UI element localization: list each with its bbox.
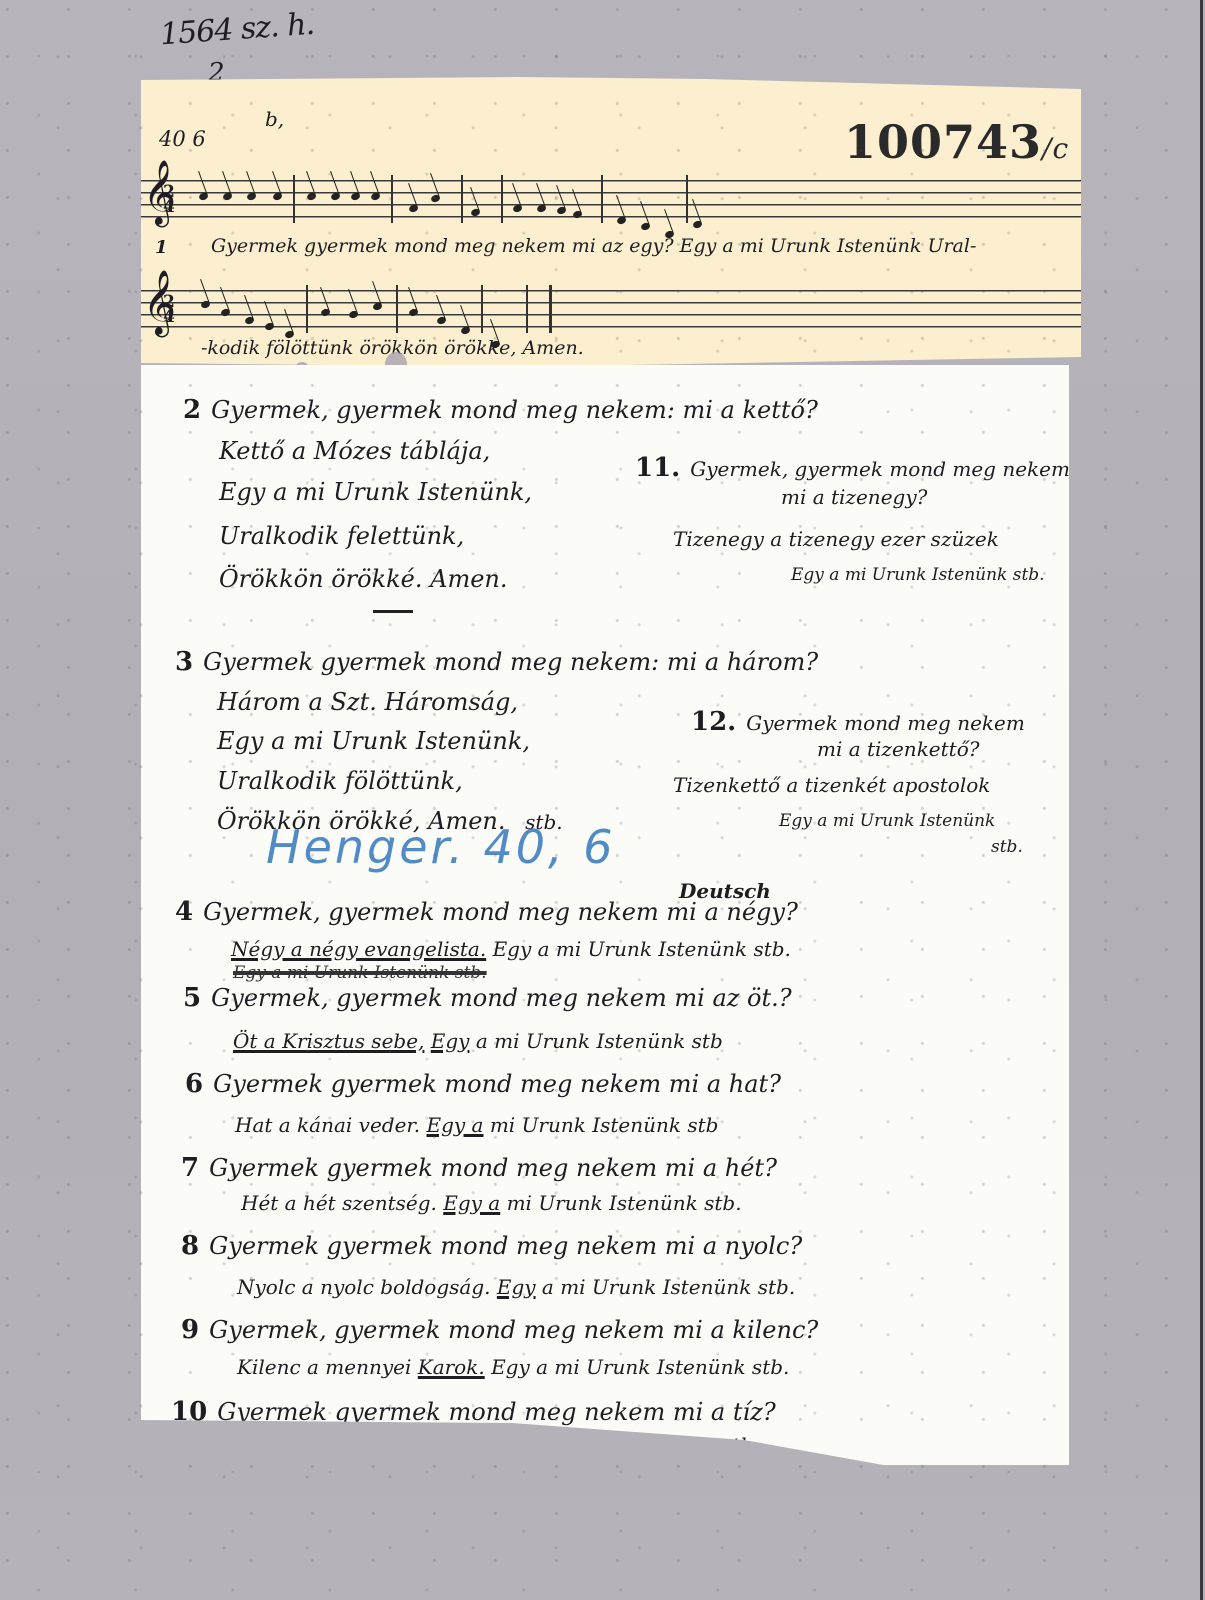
verse-4-struck-line: Egy a mi Urunk Istenünk stb. [233,963,487,983]
verse-12-line: Egy a mi Urunk Istenünk [779,811,995,831]
blue-pencil-annotation: Henger. 40, 6 [266,820,616,874]
verse-12-line: stb. [991,837,1023,857]
lyrics-line-1: Gyermek gyermek mond meg nekem mi az egy… [211,235,976,257]
time-signature: 2 4 [163,295,175,325]
verse-9-answer: Kilenc a mennyei Karok. Egy a mi Urunk I… [237,1355,789,1379]
verse-5-answer: Öt a Krisztus sebe, Egy a mi Urunk Isten… [233,1029,723,1053]
verse-11-question: 11.Gyermek, gyermek mond meg nekem [635,453,1070,483]
verse-12-question: 12.Gyermek mond meg nekem [691,707,1025,737]
catalog-number: 100743 [844,115,1042,169]
verse-11-line: mi a tizenegy? [781,485,927,509]
strip-reference-number: 40 6 [159,127,206,151]
verse-2-line: Kettő a Mózes táblája, [219,437,490,465]
verse-2-line: Örökkön örökké. Amen. [219,565,508,593]
verse-8-answer: Nyolc a nyolc boldogság. Egy a mi Urunk … [237,1275,795,1299]
handwritten-verses-sheet: 2Gyermek, gyermek mond meg nekem: mi a k… [141,365,1069,1510]
verse-7-answer: Hét a hét szentség. Egy a mi Urunk Isten… [241,1191,742,1215]
strip-label-b: b, [265,107,284,131]
verse-10-answer: Tíz a tíz parancsolat. Egy a mi Urunk Is… [243,1433,759,1457]
verse-11-line: Tizenegy a tizenegy ezer szüzek [673,527,999,551]
verse-6-answer: Hat a kánai veder. Egy a mi Urunk Istenü… [235,1113,718,1137]
catalog-suffix: /c [1042,132,1069,165]
verse-5-question: 5Gyermek, gyermek mond meg nekem mi az ö… [183,983,792,1013]
verse-12-line: mi a tizenkettő? [817,737,979,761]
verse-3-question: 3Gyermek gyermek mond meg nekem: mi a há… [175,647,818,677]
catalog-number-stamp: 100743/c [844,115,1069,169]
verse-3-line: Egy a mi Urunk Istenünk, [217,727,530,755]
accession-number: 1564 sz. h. [159,7,315,53]
verse-4-question: 4Gyermek, gyermek mond meg nekem mi a né… [175,897,798,927]
verse-7-question: 7Gyermek gyermek mond meg nekem mi a hét… [181,1153,777,1183]
verse-11-line: Egy a mi Urunk Istenünk stb. [791,565,1045,585]
verse-1-number: 1 [155,237,168,258]
separator-dash [373,610,413,613]
verse-2-line: Uralkodik felettünk, [219,522,464,550]
verse-2-question: 2Gyermek, gyermek mond meg nekem: mi a k… [183,395,818,425]
verse-8-question: 8Gyermek gyermek mond meg nekem mi a nyo… [181,1231,802,1261]
verse-10-question: 10Gyermek gyermek mond meg nekem mi a tí… [171,1397,776,1427]
verse-12-line: Tizenkettő a tizenkét apostolok [673,773,990,797]
verse-9-question: 9Gyermek, gyermek mond meg nekem mi a ki… [181,1315,818,1345]
verse-4-answer: Négy a négy evangelista. Egy a mi Urunk … [231,937,791,961]
mounting-card: 1564 sz. h. 2 40 6 b, 100743/c 𝄞 2 4 [0,0,1203,1600]
time-signature: 2 4 [163,185,175,215]
verse-2-line: Egy a mi Urunk Istenünk, [219,478,532,506]
music-notation-strip: 40 6 b, 100743/c 𝄞 2 4 [141,77,1081,367]
verse-3-line: Uralkodik fölöttünk, [217,767,463,795]
verse-6-question: 6Gyermek gyermek mond meg nekem mi a hat… [185,1069,781,1099]
verse-3-line: Három a Szt. Háromság, [217,688,518,716]
